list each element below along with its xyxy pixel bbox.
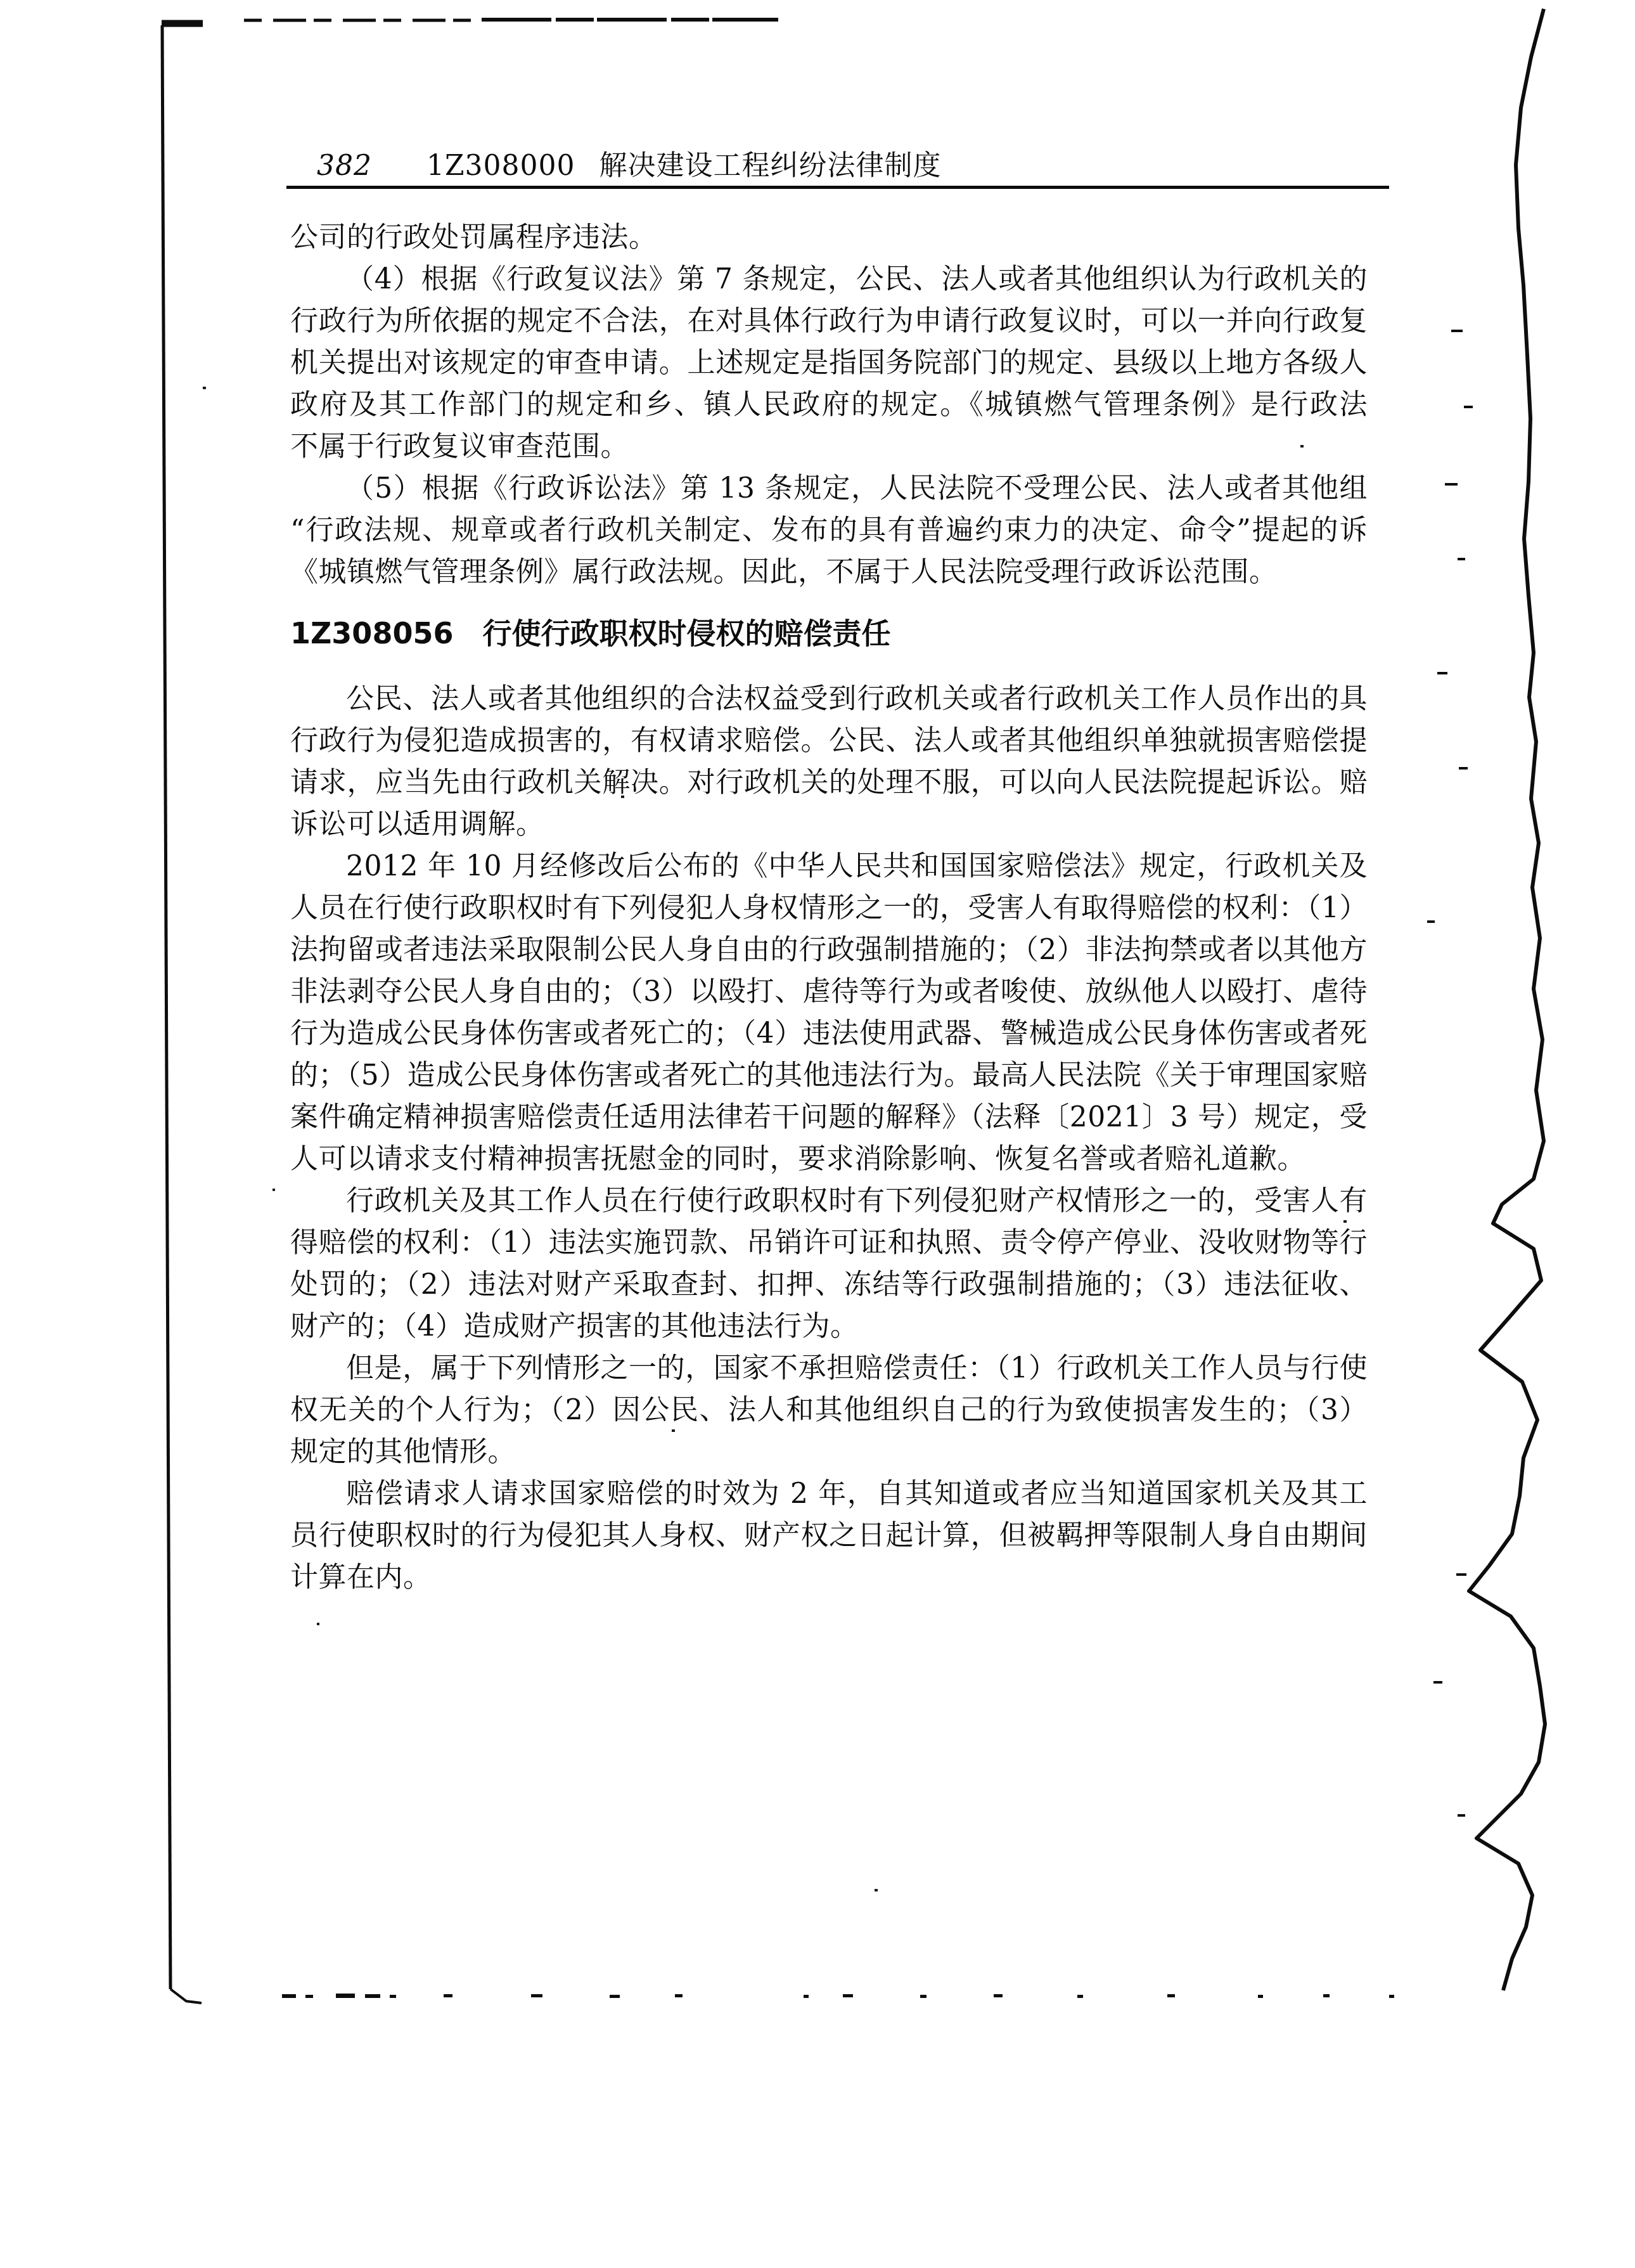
text-line: 财产的；（4）造成财产损害的其他违法行为。 — [290, 1306, 1368, 1348]
paragraph: （4）根据《行政复议法》第 7 条规定，公民、法人或者其他组织认为行政机关的具体… — [290, 259, 1368, 468]
text-line: 员行使职权时的行为侵犯其人身权、财产权之日起计算，但被羁押等限制人身自由期间不 — [290, 1515, 1368, 1557]
paragraph: 赔偿请求人请求国家赔偿的时效为 2 年，自其知道或者应当知道国家机关及其工作人 … — [290, 1473, 1368, 1599]
paragraph: （5）根据《行政诉讼法》第 13 条规定，人民法院不受理公民、法人或者其他组织对… — [290, 468, 1368, 593]
scanned-page: 3821Z308000解决建设工程纠纷法律制度 公司的行政处罚属程序违法。 （4… — [0, 0, 1635, 2268]
text-line: 的；（5）造成公民身体伤害或者死亡的其他违法行为。最高人民法院《关于审理国家赔偿 — [290, 1055, 1368, 1097]
text-line: 但是，属于下列情形之一的，国家不承担赔偿责任：（1）行政机关工作人员与行使职 — [290, 1348, 1368, 1389]
text-line: 机关提出对该规定的审查申请。上述规定是指国务院部门的规定、县级以上地方各级人民 — [290, 342, 1368, 384]
chapter-code: 1Z308000 — [426, 150, 575, 182]
text-line: “行政法规、规章或者行政机关制定、发布的具有普遍约束力的决定、命令”提起的诉讼。 — [290, 510, 1368, 551]
text-line: 人可以请求支付精神损害抚慰金的同时，要求消除影响、恢复名誉或者赔礼道歉。 — [290, 1138, 1368, 1180]
paragraph: 公民、法人或者其他组织的合法权益受到行政机关或者行政机关工作人员作出的具体 行政… — [290, 678, 1368, 846]
section-code: 1Z308056 — [290, 616, 453, 650]
section-title: 行使行政职权时侵权的赔偿责任 — [482, 616, 890, 650]
text-line: 行政行为侵犯造成损害的，有权请求赔偿。公民、法人或者其他组织单独就损害赔偿提出 — [290, 720, 1368, 762]
text-line: 人员在行使行政职权时有下列侵犯人身权情形之一的，受害人有取得赔偿的权利：（1）违 — [290, 887, 1368, 929]
text-line: 公民、法人或者其他组织的合法权益受到行政机关或者行政机关工作人员作出的具体 — [290, 678, 1368, 720]
text-line: 行为造成公民身体伤害或者死亡的；（4）违法使用武器、警械造成公民身体伤害或者死亡 — [290, 1013, 1368, 1055]
scan-edge-right-wavy — [1469, 9, 1545, 1990]
text-line: 请求，应当先由行政机关解决。对行政机关的处理不服，可以向人民法院提起诉讼。赔偿 — [290, 762, 1368, 804]
text-line: 案件确定精神损害赔偿责任适用法律若干问题的解释》（法释〔2021〕3 号）规定，… — [290, 1097, 1368, 1138]
text-line: 权无关的个人行为；（2）因公民、法人和其他组织自己的行为致使损害发生的；（3）法… — [290, 1389, 1368, 1431]
text-line: 行政机关及其工作人员在行使行政职权时有下列侵犯财产权情形之一的，受害人有取 — [290, 1180, 1368, 1222]
text-line: 处罚的；（2）违法对财产采取查封、扣押、冻结等行政强制措施的；（3）违法征收、征… — [290, 1264, 1368, 1306]
paragraph: 2012 年 10 月经修改后公布的《中华人民共和国国家赔偿法》规定，行政机关及… — [290, 846, 1368, 1180]
text-line: 得赔偿的权利：（1）违法实施罚款、吊销许可证和执照、责令停产停业、没收财物等行政 — [290, 1222, 1368, 1264]
page-number: 382 — [317, 150, 372, 182]
text-line: 不属于行政复议审查范围。 — [290, 426, 1368, 468]
running-head-rule — [286, 186, 1389, 189]
scan-noise-right — [1427, 330, 1473, 1817]
text-line: 政府及其工作部门的规定和乡、镇人民政府的规定。《城镇燃气管理条例》是行政法规， — [290, 384, 1368, 426]
scan-edge-left — [162, 25, 170, 1989]
text-line: 法拘留或者违法采取限制公民人身自由的行政强制措施的；（2）非法拘禁或者以其他方法 — [290, 929, 1368, 971]
text-line: （5）根据《行政诉讼法》第 13 条规定，人民法院不受理公民、法人或者其他组织对 — [290, 468, 1368, 510]
text-line: 2012 年 10 月经修改后公布的《中华人民共和国国家赔偿法》规定，行政机关及… — [290, 846, 1368, 887]
page-body: 公司的行政处罚属程序违法。 （4）根据《行政复议法》第 7 条规定，公民、法人或… — [290, 217, 1368, 1599]
text-line: 行政行为所依据的规定不合法，在对具体行政行为申请行政复议时，可以一并向行政复议 — [290, 300, 1368, 342]
chapter-title: 解决建设工程纠纷法律制度 — [599, 150, 942, 182]
text-line: （4）根据《行政复议法》第 7 条规定，公民、法人或者其他组织认为行政机关的具体 — [290, 259, 1368, 300]
scan-edge-left-foot — [170, 1989, 202, 2003]
section-heading: 1Z308056行使行政职权时侵权的赔偿责任 — [290, 612, 1368, 654]
paragraph: 行政机关及其工作人员在行使行政职权时有下列侵犯财产权情形之一的，受害人有取 得赔… — [290, 1180, 1368, 1348]
running-head: 3821Z308000解决建设工程纠纷法律制度 — [317, 150, 942, 183]
text-line: 规定的其他情形。 — [290, 1431, 1368, 1473]
text-line: 计算在内。 — [290, 1557, 1368, 1599]
scan-edge-bottom-dotted — [282, 1994, 1394, 1998]
paragraph: 公司的行政处罚属程序违法。 — [290, 217, 1368, 259]
text-line: 《城镇燃气管理条例》属行政法规。因此，不属于人民法院受理行政诉讼范围。 — [290, 551, 1368, 593]
text-line: 公司的行政处罚属程序违法。 — [290, 217, 1368, 259]
paragraph: 但是，属于下列情形之一的，国家不承担赔偿责任：（1）行政机关工作人员与行使职 权… — [290, 1348, 1368, 1473]
text-line: 赔偿请求人请求国家赔偿的时效为 2 年，自其知道或者应当知道国家机关及其工作人 — [290, 1473, 1368, 1515]
text-line: 诉讼可以适用调解。 — [290, 804, 1368, 846]
text-line: 非法剥夺公民人身自由的；（3）以殴打、虐待等行为或者唆使、放纵他人以殴打、虐待等 — [290, 971, 1368, 1013]
